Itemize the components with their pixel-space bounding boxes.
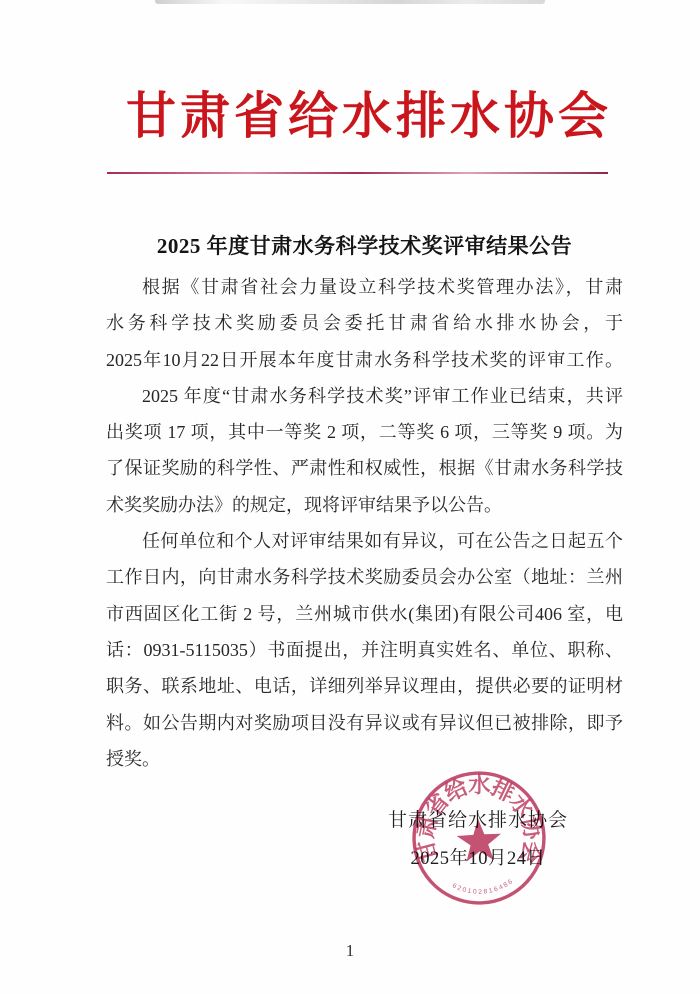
page-number: 1 xyxy=(0,941,700,961)
body-line: 了保证奖励的科学性、严肃性和权威性，根据《甘肃水务科学技 xyxy=(106,450,623,486)
body-line: 2025 年度“甘肃水务科学技术奖”评审工作业已结束，共评 xyxy=(106,378,623,414)
official-seal: 甘肃省给水排水协会 620102816486 xyxy=(405,764,552,911)
letterhead-org-name: 甘肃省给水排水协会 xyxy=(0,88,700,144)
body-line: 根据《甘肃省社会力量设立科学技术奖管理办法》，甘肃 xyxy=(106,269,623,305)
seal-code-text: 620102816486 xyxy=(451,877,516,897)
paragraph: 根据《甘肃省社会力量设立科学技术奖管理办法》，甘肃 水务科学技术奖励委员会委托甘… xyxy=(106,269,623,378)
letterhead-divider xyxy=(107,172,608,174)
document-title: 2025 年度甘肃水务科学技术奖评审结果公告 xyxy=(106,231,623,261)
seal-star xyxy=(456,818,503,862)
body-line: 工作日内，向甘肃水务科学技术奖励委员会办公室（地址：兰州 xyxy=(106,559,623,595)
paragraph: 任何单位和个人对评审结果如有异议，可在公告之日起五个 工作日内，向甘肃水务科学技… xyxy=(106,523,623,777)
body-line: 话：0931-5115035）书面提出，并注明真实姓名、单位、职称、 xyxy=(106,632,623,668)
body-line: 任何单位和个人对评审结果如有异议，可在公告之日起五个 xyxy=(106,523,623,559)
body-line: 2025年10月22日开展本年度甘肃水务科学技术奖的评审工作。 xyxy=(106,342,623,378)
seal-code: 620102816486 xyxy=(451,877,516,897)
body-line: 料。如公告期内对奖励项目没有异议或有异议但已被排除，即予 xyxy=(106,705,623,741)
document-body: 根据《甘肃省社会力量设立科学技术奖管理办法》，甘肃 水务科学技术奖励委员会委托甘… xyxy=(106,269,623,777)
body-line: 术奖奖励办法》的规定，现将评审结果予以公告。 xyxy=(106,487,623,523)
body-line: 水务科学技术奖励委员会委托甘肃省给水排水协会，于 xyxy=(106,305,623,341)
body-line: 市西固区化工街 2 号，兰州城市供水(集团)有限公司406 室，电 xyxy=(106,596,623,632)
scan-artifact xyxy=(155,0,545,4)
document-page: 甘肃省给水排水协会 2025 年度甘肃水务科学技术奖评审结果公告 根据《甘肃省社… xyxy=(0,0,700,994)
body-line: 职务、联系地址、电话，详细列举异议理由，提供必要的证明材 xyxy=(106,668,623,704)
body-line: 出奖项 17 项，其中一等奖 2 项，二等奖 6 项，三等奖 9 项。为 xyxy=(106,414,623,450)
paragraph: 2025 年度“甘肃水务科学技术奖”评审工作业已结束，共评 出奖项 17 项，其… xyxy=(106,378,623,523)
